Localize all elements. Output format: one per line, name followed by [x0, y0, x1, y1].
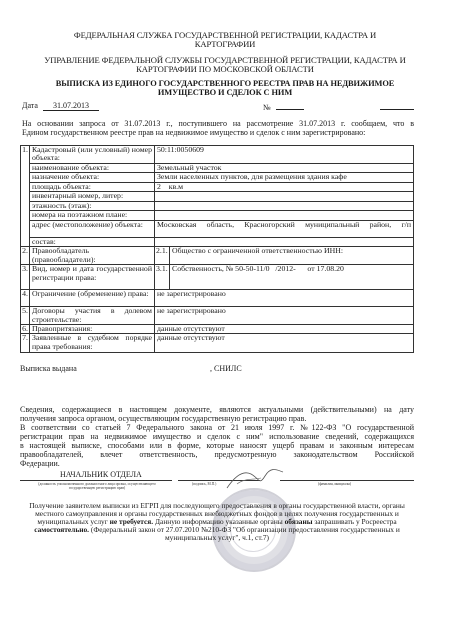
- table-row-address: адрес (местоположение) объекта: Московск…: [21, 220, 414, 237]
- claims-label: Правопритязания:: [30, 324, 155, 334]
- shared-construction-label: Договоры участия в долевом строительстве…: [30, 307, 155, 325]
- table-row-right-holder: 2. Правообладатель (правообладатели): 2.…: [21, 247, 414, 265]
- row-number: 1.: [21, 146, 30, 247]
- footer-line4-bold: самостоятельно.: [34, 525, 89, 534]
- position-line: [20, 480, 172, 481]
- handwritten-signature: [225, 468, 285, 490]
- cadastral-number-value: 50:11:0050609: [155, 146, 414, 164]
- table-row-floors: этажность (этаж):: [21, 201, 414, 211]
- floors-value: [155, 201, 414, 211]
- object-area-label: площадь объекта:: [30, 182, 155, 192]
- address-label: адрес (местоположение) объекта:: [30, 220, 155, 237]
- plan-numbers-value: [155, 211, 414, 221]
- date-label: Дата: [22, 101, 38, 110]
- number-field: №: [263, 101, 304, 112]
- inventory-number-label: инвентарный номер, литер:: [30, 192, 155, 202]
- position-caption-line2: государственную регистрацию прав): [22, 486, 172, 490]
- encumbrance-value: не зарегистрировано: [155, 290, 414, 307]
- object-name-value: Земельный участок: [155, 163, 414, 173]
- number-value: [276, 101, 304, 110]
- footer-notice: Получение заявителем выписки из ЕГРП для…: [20, 502, 414, 542]
- cadastral-number-label: Кадастровый (или условный) номер объекта…: [30, 146, 155, 164]
- registry-table: 1. Кадастровый (или условный) номер объе…: [20, 145, 414, 353]
- office-name: УПРАВЛЕНИЕ ФЕДЕРАЛЬНОЙ СЛУЖБЫ ГОСУДАРСТВ…: [0, 56, 450, 74]
- table-row-object-area: площадь объекта: 2 кв.м: [21, 182, 414, 192]
- legal-notice: Сведения, содержащиеся в настоящем докум…: [20, 405, 414, 468]
- document-title-line2: ИМУЩЕСТВО И СДЕЛОК С НИМ: [0, 88, 450, 97]
- table-row-inventory-number: инвентарный номер, литер:: [21, 192, 414, 202]
- composition-value: [155, 237, 414, 247]
- signature-caption: (подпись, М.П.): [192, 482, 216, 486]
- notice-p2-line1: В соответствии со статьей 7 Федерального…: [20, 423, 414, 432]
- signer-position: НАЧАЛЬНИК ОТДЕЛА: [60, 470, 142, 479]
- notice-p2-line3: в настоящей выписке, способами или в фор…: [20, 441, 414, 450]
- table-row-claims: 6. Правопритязания: данные отсутствуют: [21, 324, 414, 334]
- table-row-encumbrance: 4. Ограничение (обременение) права: не з…: [21, 290, 414, 307]
- name-line: [280, 480, 414, 481]
- table-row-object-name: наименование объекта: Земельный участок: [21, 163, 414, 173]
- right-holder-subnumber: 2.1.: [155, 247, 170, 265]
- number-extra-line: [380, 101, 414, 110]
- notice-p1-line1: Сведения, содержащиеся в настоящем докум…: [20, 405, 414, 414]
- encumbrance-label: Ограничение (обременение) права:: [30, 290, 155, 307]
- row-number: 2.: [21, 247, 30, 265]
- issued-to-label: Выписка выдана: [20, 364, 77, 373]
- document-title-line1: ВЫПИСКА ИЗ ЕДИНОГО ГОСУДАРСТВЕННОГО РЕЕС…: [0, 79, 450, 88]
- notice-p2-line5: Федерации.: [20, 459, 414, 468]
- date-field: Дата 31.07.2013: [22, 101, 99, 111]
- row-number: 7.: [21, 334, 30, 353]
- composition-label: состав:: [30, 237, 155, 247]
- object-purpose-value: Земли населенных пунктов, для размещения…: [155, 173, 414, 183]
- document-title: ВЫПИСКА ИЗ ЕДИНОГО ГОСУДАРСТВЕННОГО РЕЕС…: [0, 79, 450, 97]
- agency-name: ФЕДЕРАЛЬНАЯ СЛУЖБА ГОСУДАРСТВЕННОЙ РЕГИС…: [0, 31, 450, 49]
- object-purpose-label: назначение объекта:: [30, 173, 155, 183]
- table-row-court-claims: 7. Заявленные в судебном порядке права т…: [21, 334, 414, 353]
- intro-text: На основании запроса от 31.07.2013 г., п…: [22, 119, 414, 137]
- row-number: 3.: [21, 265, 30, 290]
- right-holder-value: Общество с ограниченной ответственностью…: [170, 247, 414, 265]
- footer-line5: муниципальных услуг", ч.1, ст.7): [20, 534, 414, 542]
- table-row-registration: 3. Вид, номер и дата государственной рег…: [21, 265, 414, 290]
- agency-name-line2: КАРТОГРАФИИ: [0, 40, 450, 49]
- court-claims-value: данные отсутствуют: [155, 334, 414, 353]
- row-number: 6.: [21, 324, 30, 334]
- table-row-cadastral-number: 1. Кадастровый (или условный) номер объе…: [21, 146, 414, 164]
- office-name-line2: КАРТОГРАФИИ ПО МОСКОВСКОЙ ОБЛАСТИ: [0, 65, 450, 74]
- notice-p2-line2: регистрации прав на недвижимое имущество…: [20, 432, 414, 441]
- table-row-object-purpose: назначение объекта: Земли населенных пун…: [21, 173, 414, 183]
- notice-p1-line2: получения запроса органом, осуществляющи…: [20, 414, 414, 423]
- address-value: Московская область, Красногорский муници…: [155, 220, 414, 237]
- date-value: 31.07.2013: [43, 101, 99, 111]
- name-caption: (фамилия, инициалы): [318, 482, 351, 486]
- table-row-composition: состав:: [21, 237, 414, 247]
- object-name-label: наименование объекта:: [30, 163, 155, 173]
- claims-value: данные отсутствуют: [155, 324, 414, 334]
- shared-construction-value: не зарегистрировано: [155, 307, 414, 325]
- position-caption: (должность уполномоченного должностного …: [22, 482, 172, 490]
- plan-numbers-label: номера на поэтажном плане:: [30, 211, 155, 221]
- object-area-value: 2 кв.м: [155, 182, 414, 192]
- row-number: 4.: [21, 290, 30, 307]
- court-claims-label: Заявленные в судебном порядке права треб…: [30, 334, 155, 353]
- notice-p2-line4: правообладателей, влечет ответственность…: [20, 450, 414, 459]
- number-label: №: [263, 103, 271, 112]
- registration-label: Вид, номер и дата государственной регист…: [30, 265, 155, 290]
- floors-label: этажность (этаж):: [30, 201, 155, 211]
- right-holder-label: Правообладатель (правообладатели):: [30, 247, 155, 265]
- snils-label: , СНИЛС: [210, 364, 242, 373]
- inventory-number-value: [155, 192, 414, 202]
- table-row-shared-construction: 5. Договоры участия в долевом строительс…: [21, 307, 414, 325]
- table-row-plan-numbers: номера на поэтажном плане:: [21, 211, 414, 221]
- registration-subnumber: 3.1.: [155, 265, 170, 290]
- intro-line2: Едином государственном реестре прав на н…: [22, 128, 414, 137]
- intro-line1: На основании запроса от 31.07.2013 г., п…: [22, 119, 414, 128]
- registration-value: Собственность, № 50-50-11/0 /2012- от 17…: [170, 265, 414, 290]
- row-number: 5.: [21, 307, 30, 325]
